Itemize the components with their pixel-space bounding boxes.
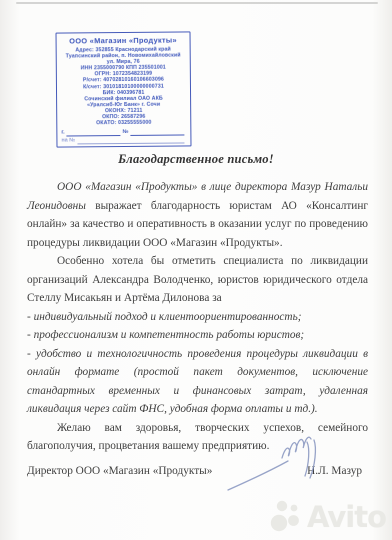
letterhead-stamp: ООО «Магазин «Продукты» Адрес: 352855 Кр…	[55, 31, 191, 147]
bullet-item-1: - индивидуальный подход и клиентоориенти…	[27, 308, 368, 327]
signature-role-label: Директор ООО «Магазин «Продукты»	[27, 465, 212, 477]
photo-edge	[16, 2, 378, 4]
stamp-ref-line-2: на №	[60, 137, 187, 145]
letter-photo: ООО «Магазин «Продукты» Адрес: 352855 Кр…	[0, 0, 392, 540]
avito-watermark: Avito	[270, 499, 386, 535]
avito-watermark-text: Avito	[307, 503, 386, 532]
avito-logo-icon	[270, 499, 304, 535]
handwritten-signature-icon	[224, 432, 334, 496]
bullet-item-2: - профессионализм и компетентность работ…	[27, 326, 368, 345]
letter-title: Благодарственное письмо!	[0, 152, 392, 167]
bullet-item-3: - удобство и технологичность проведения …	[27, 345, 368, 419]
stamp-ref-date-label: г.	[61, 130, 64, 137]
stamp-ref2-label: на №	[61, 138, 75, 145]
stamp-line-okato: ОКАТО: 03255555000	[60, 120, 187, 127]
stamp-company-name: ООО «Магазин «Продукты»	[60, 35, 187, 45]
signature-scribble	[212, 446, 307, 496]
stamp-ref-date-blank	[67, 129, 121, 136]
signature-row: Директор ООО «Магазин «Продукты» Н.Л. Ма…	[27, 446, 368, 496]
stamp-ref2-blank	[77, 137, 184, 145]
letter-body: ООО «Магазин «Продукты» в лице директора…	[27, 178, 368, 456]
stamp-ref-number-blank	[130, 129, 184, 136]
letter-paragraph-1: ООО «Магазин «Продукты» в лице директора…	[27, 178, 368, 252]
stamp-ref-line: г. №	[60, 129, 187, 137]
letter-paragraph-2: Особенно хотела бы отметить специалиста …	[27, 252, 368, 308]
stamp-ref-number-label: №	[122, 129, 128, 136]
